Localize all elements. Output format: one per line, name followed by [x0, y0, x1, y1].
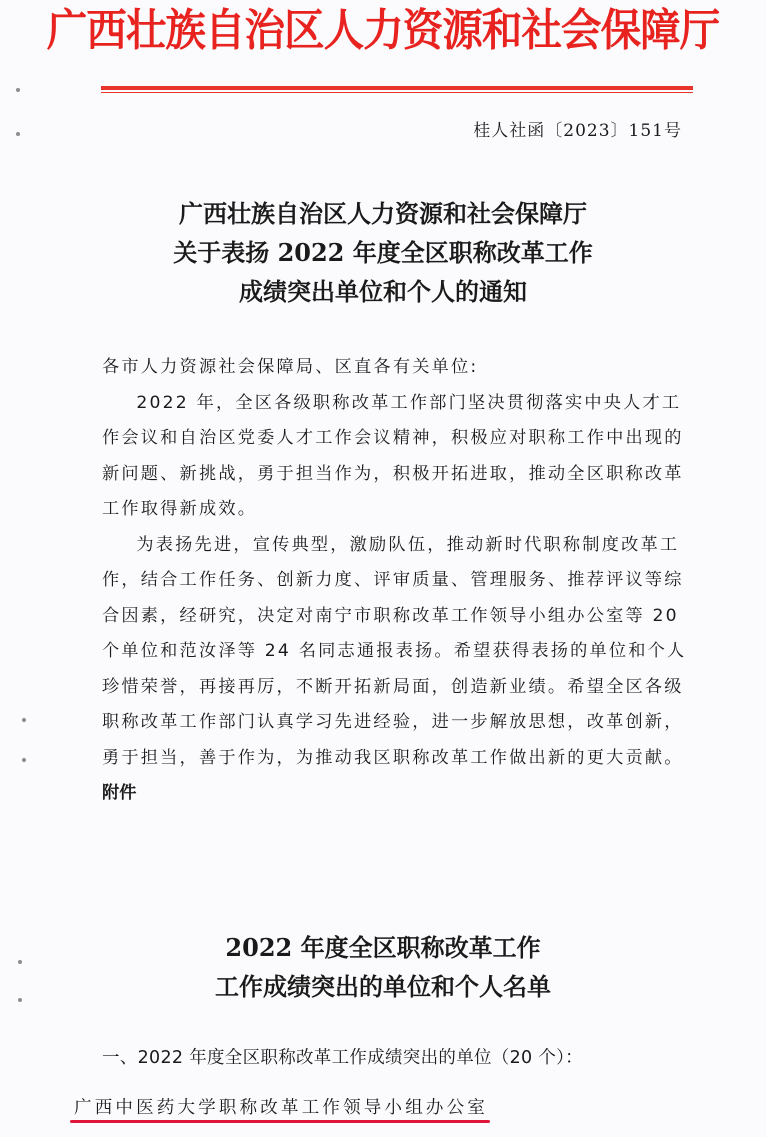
salutation: 各市人力资源社会保障局、区直各有关单位:	[102, 350, 692, 386]
title-line-2: 关于表扬 2022 年度全区职称改革工作	[0, 233, 766, 272]
attachment-title-line-1: 2022 年度全区职称改革工作	[0, 928, 766, 967]
scan-margin-mark	[16, 88, 20, 92]
scan-margin-mark	[22, 758, 26, 762]
rule-thick-line	[101, 86, 693, 90]
body-paragraph-2: 为表扬先进，宣传典型，激励队伍，推动新时代职称制度改革工作，结合工作任务、创新力…	[102, 528, 692, 777]
body-paragraph-1: 2022 年，全区各级职称改革工作部门坚决贯彻落实中央人才工作会议和自治区党委人…	[102, 386, 692, 528]
title-line-1: 广西壮族自治区人力资源和社会保障厅	[0, 194, 766, 233]
title-line-3: 成绩突出单位和个人的通知	[0, 272, 766, 311]
section-1-heading: 一、2022 年度全区职称改革工作成绩突出的单位（20 个）：	[102, 1044, 583, 1069]
attachment-label: 附件	[102, 776, 692, 812]
scan-margin-mark	[16, 132, 20, 136]
notice-body: 各市人力资源社会保障局、区直各有关单位: 2022 年，全区各级职称改革工作部门…	[102, 350, 692, 812]
rule-thin-line	[101, 92, 693, 93]
attachment-title: 2022 年度全区职称改革工作 工作成绩突出的单位和个人名单	[0, 928, 766, 1006]
notice-title: 广西壮族自治区人力资源和社会保障厅 关于表扬 2022 年度全区职称改革工作 成…	[0, 194, 766, 311]
document-number: 桂人社函〔2023〕151号	[473, 116, 682, 141]
scan-margin-mark	[22, 718, 26, 722]
attachment-title-line-2: 工作成绩突出的单位和个人名单	[0, 967, 766, 1006]
document-page: 广西壮族自治区人力资源和社会保障厅 桂人社函〔2023〕151号 广西壮族自治区…	[0, 0, 766, 1137]
unit-list-item: 广西中医药大学职称改革工作领导小组办公室	[74, 1094, 488, 1121]
highlight-underline	[70, 1120, 490, 1123]
masthead-red-rule	[101, 86, 693, 93]
masthead-issuer: 广西壮族自治区人力资源和社会保障厅	[31, 2, 736, 60]
